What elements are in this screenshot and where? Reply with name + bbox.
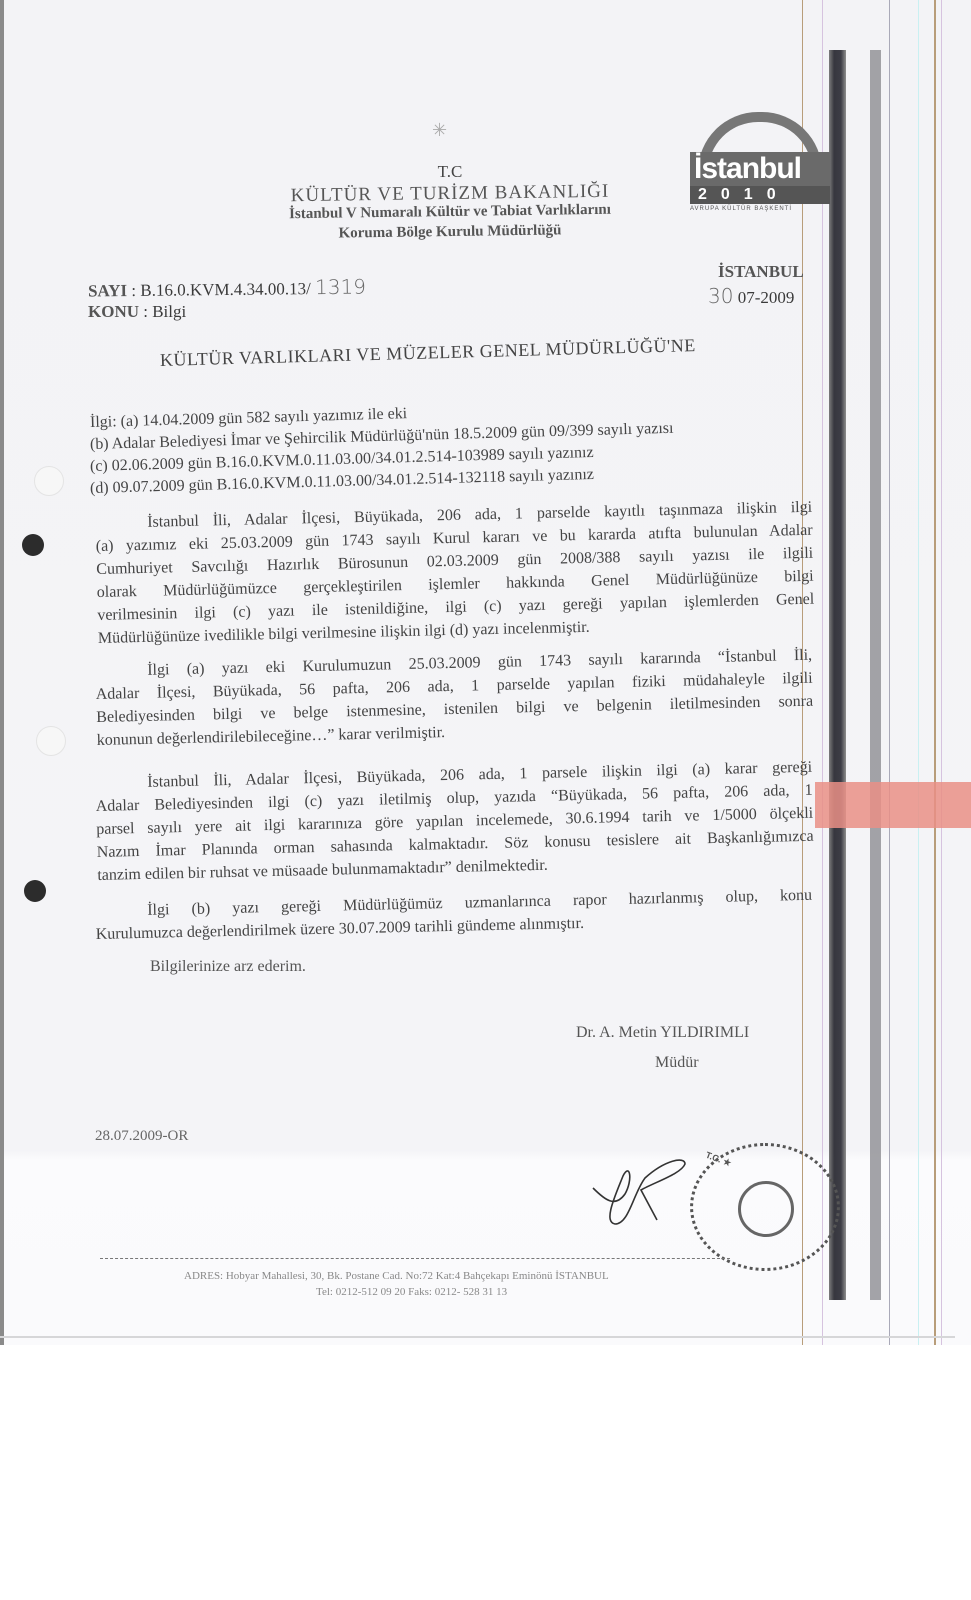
document-date: 30 07-2009 — [708, 284, 794, 308]
signer-name: Dr. A. Metin YILDIRIMLI — [576, 1024, 749, 1042]
istanbul-2010-logo: İstanbul 2010 AVRUPA KÜLTÜR BAŞKENTİ — [690, 112, 830, 212]
official-seal-stamp-icon: T.C. ★ — [690, 1143, 840, 1271]
addressee: KÜLTÜR VARLIKLARI VE MÜZELER GENEL MÜDÜR… — [160, 335, 696, 371]
page-bottom-edge — [0, 1336, 955, 1338]
punch-hole — [24, 880, 46, 902]
date-handwritten-day: 30 — [708, 284, 733, 308]
body-paragraph: İlgi (b) yazı gereği Müdürlüğümüz uzmanl… — [95, 884, 813, 946]
body-paragraph: İstanbul İli, Adalar İlçesi, Büyükada, 2… — [95, 496, 815, 650]
closing-line: Bilgilerinize arz ederim. — [150, 958, 306, 976]
signer-title: Müdür — [655, 1054, 699, 1072]
scan-line — [934, 0, 936, 1345]
punch-hole — [34, 466, 64, 496]
logo-name: İstanbul — [690, 152, 830, 186]
punch-hole — [36, 726, 66, 756]
header-tc: T.C — [250, 162, 650, 182]
footer-contact: Tel: 0212-512 09 20 Faks: 0212- 528 31 1… — [316, 1286, 507, 1298]
handwritten-signature-icon — [585, 1150, 695, 1230]
body-paragraph: İlgi (a) yazı eki Kurulumuzun 25.03.2009… — [95, 644, 814, 752]
scan-line — [941, 0, 942, 1345]
state-emblem-icon: ✳ — [432, 120, 454, 148]
document-number: SAYI : B.16.0.KVM.4.34.00.13/ 1319 — [88, 275, 366, 302]
konu-value: : Bilgi — [143, 302, 186, 321]
reference-code: 28.07.2009-OR — [95, 1128, 188, 1145]
stamp-text: T.C. ★ — [704, 1150, 733, 1169]
scanner-dark-bar — [829, 50, 846, 1300]
logo-year: 2010 — [690, 186, 830, 204]
page-left-edge — [0, 0, 4, 1345]
logo-subtitle: AVRUPA KÜLTÜR BAŞKENTİ — [690, 206, 830, 212]
subject: KONU : Bilgi — [88, 302, 186, 322]
sayi-value: : B.16.0.KVM.4.34.00.13/ — [131, 279, 311, 300]
crescent-star-icon — [738, 1181, 794, 1237]
scanner-gray-bar — [870, 50, 881, 1300]
sayi-label: SAYI — [88, 281, 127, 300]
directorate-name: Koruma Bölge Kurulu Müdürlüğü — [250, 221, 650, 244]
footer-divider — [100, 1258, 730, 1259]
sayi-handwritten: 1319 — [315, 275, 366, 300]
scan-line — [889, 0, 890, 1345]
scan-line — [918, 0, 919, 1345]
scanned-letter-page: ✳ T.C KÜLTÜR VE TURİZM BAKANLIĞI İstanbu… — [0, 0, 971, 1345]
footer-address: ADRES: Hobyar Mahallesi, 30, Bk. Postane… — [184, 1270, 609, 1282]
city: İSTANBUL — [718, 262, 804, 282]
konu-label: KONU — [88, 302, 139, 321]
body-paragraph: İstanbul İli, Adalar İlçesi, Büyükada, 2… — [95, 756, 814, 887]
punch-hole — [22, 534, 44, 556]
red-highlight-band — [815, 782, 971, 828]
date-rest: 07-2009 — [738, 288, 795, 307]
